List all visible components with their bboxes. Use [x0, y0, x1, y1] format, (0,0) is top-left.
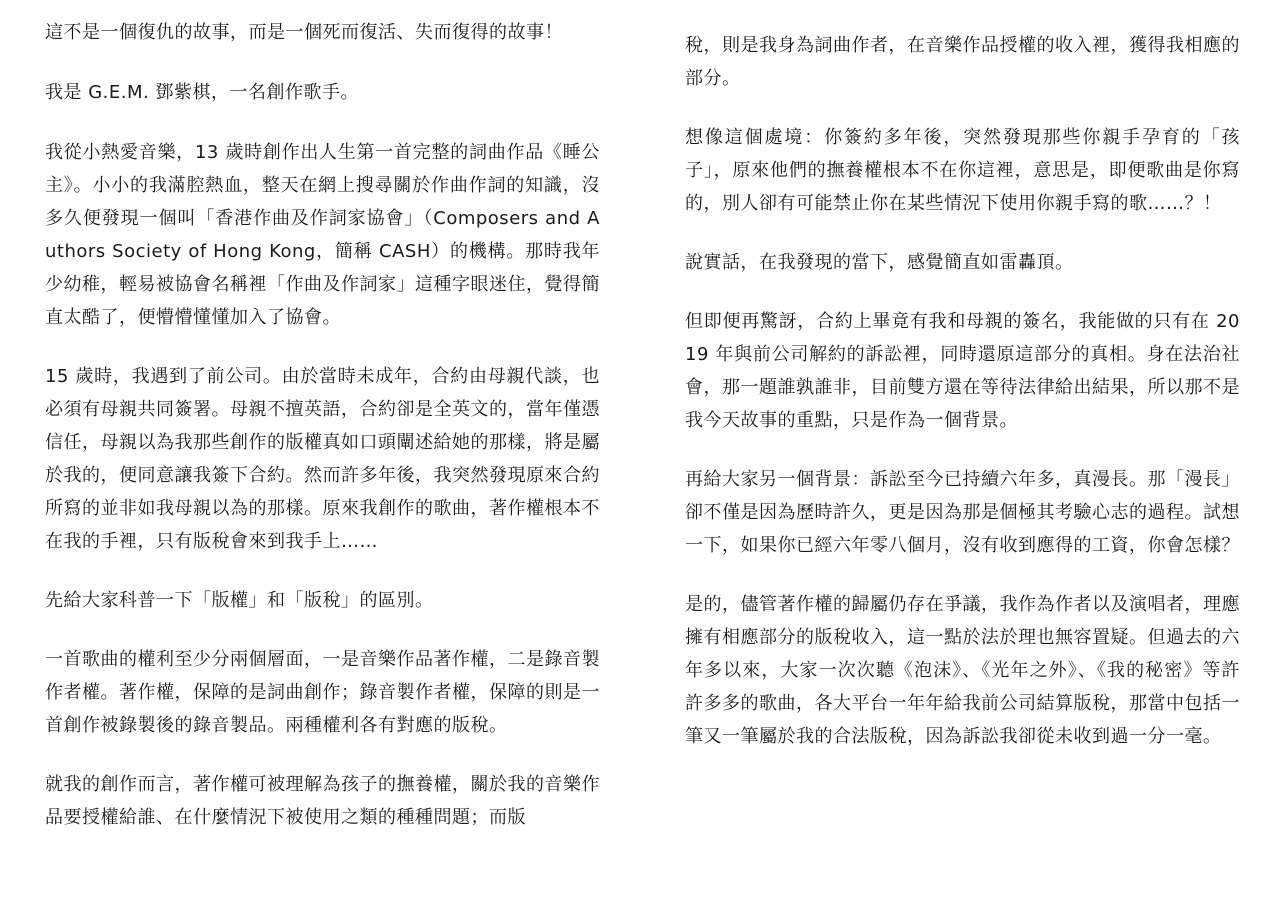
paragraph: 就我的創作而言，著作權可被理解為孩子的撫養權，關於我的音樂作品要授權給誰、在什麼…	[45, 768, 600, 834]
right-column: 稅，則是我身為詞曲作者，在音樂作品授權的收入裡，獲得我相應的部分。 想像這個處境…	[685, 29, 1240, 779]
paragraph: 但即便再驚訝，合約上畢竟有我和母親的簽名，我能做的只有在 2019 年與前公司解…	[685, 305, 1240, 437]
paragraph: 我從小熱愛音樂，13 歲時創作出人生第一首完整的詞曲作品《睡公主》。小小的我滿腔…	[45, 136, 600, 334]
left-column: 這不是一個復仇的故事，而是一個死而復活、失而復得的故事！ 我是 G.E.M. 鄧…	[45, 16, 600, 860]
paragraph: 我是 G.E.M. 鄧紫棋，一名創作歌手。	[45, 76, 600, 109]
paragraph: 是的，儘管著作權的歸屬仍存在爭議，我作為作者以及演唱者，理應擁有相應部分的版稅收…	[685, 588, 1240, 753]
paragraph: 一首歌曲的權利至少分兩個層面，一是音樂作品著作權，二是錄音製作者權。著作權，保障…	[45, 643, 600, 742]
paragraph: 想像這個處境：你簽約多年後，突然發現那些你親手孕育的「孩子」，原來他們的撫養權根…	[685, 121, 1240, 220]
paragraph: 這不是一個復仇的故事，而是一個死而復活、失而復得的故事！	[45, 16, 600, 49]
paragraph: 稅，則是我身為詞曲作者，在音樂作品授權的收入裡，獲得我相應的部分。	[685, 29, 1240, 95]
paragraph: 15 歲時，我遇到了前公司。由於當時未成年，合約由母親代談，也必須有母親共同簽署…	[45, 360, 600, 558]
paragraph: 說實話，在我發現的當下，感覺簡直如雷轟頂。	[685, 246, 1240, 279]
paragraph: 再給大家另一個背景：訴訟至今已持續六年多，真漫長。那「漫長」卻不僅是因為歷時許久…	[685, 463, 1240, 562]
paragraph: 先給大家科普一下「版權」和「版稅」的區別。	[45, 584, 600, 617]
